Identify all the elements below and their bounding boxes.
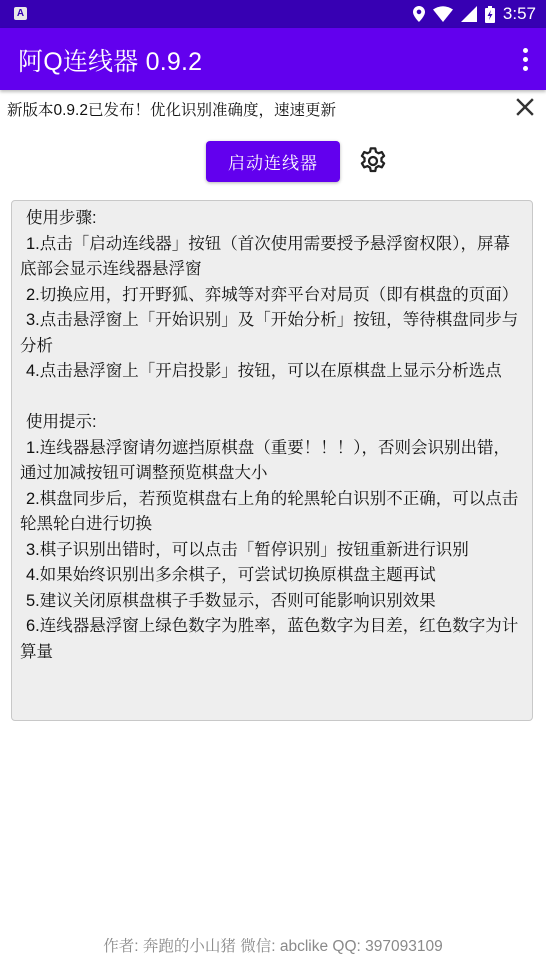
tip-item: 4.如果始终识别出多余棋子，可尝试切换原棋盘主题再试 <box>20 563 526 589</box>
update-notice-text: 新版本0.9.2已发布！优化识别准确度，速速更新 <box>7 98 336 120</box>
status-icons: 3:57 <box>413 0 536 28</box>
more-vert-icon-dot <box>523 66 528 71</box>
signal-icon <box>461 6 477 22</box>
step-item: 1.点击「启动连线器」按钮（首次使用需要授予悬浮窗权限），屏幕底部会显示连线器悬… <box>20 232 526 283</box>
steps-title: 使用步骤: <box>20 206 526 232</box>
close-icon <box>514 96 536 118</box>
app-title: 阿Q连线器 0.9.2 <box>18 42 202 78</box>
tip-item: 5.建议关闭原棋盘棋子手数显示，否则可能影响识别效果 <box>20 589 526 615</box>
step-item: 3.点击悬浮窗上「开始识别」及「开始分析」按钮，等待棋盘同步与分析 <box>20 308 526 359</box>
usage-guide-text: 使用步骤:1.点击「启动连线器」按钮（首次使用需要授予悬浮窗权限），屏幕底部会显… <box>20 206 526 665</box>
spacer <box>20 385 526 411</box>
tip-item: 6.连线器悬浮窗上绿色数字为胜率，蓝色数字为目差，红色数字为计算量 <box>20 614 526 665</box>
more-vert-icon-dot <box>523 57 528 62</box>
settings-button[interactable] <box>357 145 389 177</box>
update-notice: 新版本0.9.2已发布！优化识别准确度，速速更新 <box>0 90 546 126</box>
step-item: 2.切换应用，打开野狐、弈城等对弈平台对局页（即有棋盘的页面） <box>20 283 526 309</box>
tip-item: 3.棋子识别出错时，可以点击「暂停识别」按钮重新进行识别 <box>20 538 526 564</box>
app-bar: 阿Q连线器 0.9.2 <box>0 28 546 90</box>
close-notice-button[interactable] <box>514 96 536 118</box>
tips-title: 使用提示: <box>20 410 526 436</box>
wifi-icon <box>433 6 453 22</box>
step-item: 4.点击悬浮窗上「开启投影」按钮，可以在原棋盘上显示分析选点 <box>20 359 526 385</box>
author-footer: 作者: 奔跑的小山猪 微信: abclike QQ: 397093109 <box>0 934 546 956</box>
tip-item: 1.连线器悬浮窗请勿遮挡原棋盘（重要！！！），否则会识别出错，通过加减按钮可调整… <box>20 436 526 487</box>
clock: 3:57 <box>503 4 536 24</box>
battery-charging-icon <box>485 6 495 23</box>
gear-icon <box>357 145 389 177</box>
usage-guide-panel: 使用步骤:1.点击「启动连线器」按钮（首次使用需要授予悬浮窗权限），屏幕底部会显… <box>11 200 533 721</box>
more-options-button[interactable] <box>516 45 534 73</box>
status-bar: A 3:57 <box>0 0 546 28</box>
app-notification-icon: A <box>14 7 27 20</box>
start-connector-button[interactable]: 启动连线器 <box>206 141 340 182</box>
more-vert-icon <box>523 48 528 53</box>
location-icon <box>413 6 425 22</box>
tip-item: 2.棋盘同步后，若预览棋盘右上角的轮黑轮白识别不正确，可以点击轮黑轮白进行切换 <box>20 487 526 538</box>
